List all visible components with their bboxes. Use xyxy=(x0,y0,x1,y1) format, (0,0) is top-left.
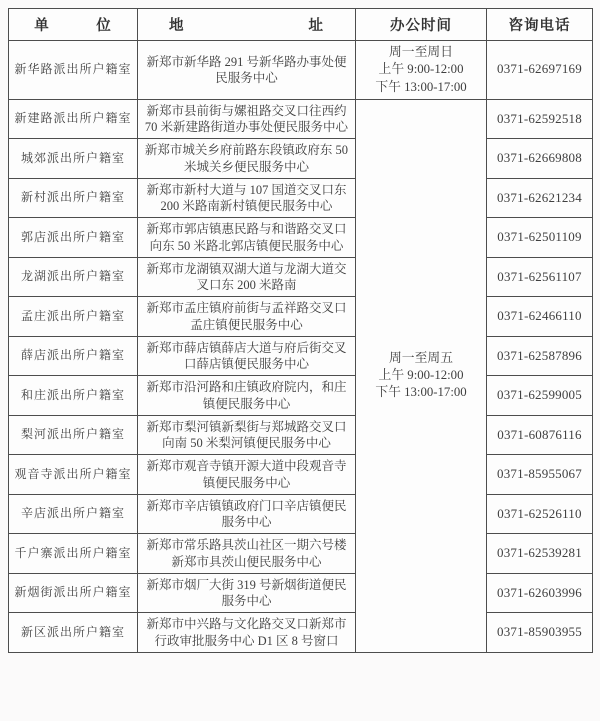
address-cell: 新郑市县前街与嫘祖路交叉口往西约 70 米新建路街道办事处便民服务中心 xyxy=(138,99,356,139)
address-cell: 新郑市烟厂大街 319 号新烟街道便民服务中心 xyxy=(138,573,356,613)
address-cell: 新郑市沿河路和庄镇政府院内，和庄镇便民服务中心 xyxy=(138,376,356,416)
header-phone: 咨询电话 xyxy=(487,9,593,41)
phone-cell: 0371-62501109 xyxy=(487,218,593,258)
address-cell: 新郑市观音寺镇开源大道中段观音寺镇便民服务中心 xyxy=(138,455,356,495)
header-unit: 单 位 xyxy=(9,9,138,41)
unit-cell: 和庄派出所户籍室 xyxy=(9,376,138,416)
table-row: 观音寺派出所户籍室新郑市观音寺镇开源大道中段观音寺镇便民服务中心0371-859… xyxy=(9,455,593,495)
office-hours-line: 上午 9:00-12:00 xyxy=(361,367,481,384)
unit-cell: 新烟街派出所户籍室 xyxy=(9,573,138,613)
address-cell: 新郑市城关乡府前路东段镇政府东 50 米城关乡便民服务中心 xyxy=(138,139,356,179)
address-cell: 新郑市梨河镇新梨街与郑城路交叉口向南 50 米梨河镇便民服务中心 xyxy=(138,415,356,455)
office-hours-line: 下午 13:00-17:00 xyxy=(361,384,481,401)
address-cell: 新郑市中兴路与文化路交叉口新郑市行政审批服务中心 D1 区 8 号窗口 xyxy=(138,613,356,653)
office-hours-line: 周一至周日 xyxy=(361,44,481,61)
address-cell: 新郑市新华路 291 号新华路办事处便民服务中心 xyxy=(138,41,356,100)
phone-cell: 0371-62697169 xyxy=(487,41,593,100)
header-address: 地 址 xyxy=(138,9,356,41)
table-row: 新华路派出所户籍室新郑市新华路 291 号新华路办事处便民服务中心周一至周日上午… xyxy=(9,41,593,100)
phone-cell: 0371-62669808 xyxy=(487,139,593,179)
address-cell: 新郑市薛店镇薛店大道与府后街交叉口薛店镇便民服务中心 xyxy=(138,336,356,376)
phone-cell: 0371-85903955 xyxy=(487,613,593,653)
unit-cell: 观音寺派出所户籍室 xyxy=(9,455,138,495)
unit-cell: 梨河派出所户籍室 xyxy=(9,415,138,455)
phone-cell: 0371-62526110 xyxy=(487,494,593,534)
address-cell: 新郑市新村大道与 107 国道交叉口东 200 米路南新村镇便民服务中心 xyxy=(138,178,356,218)
address-cell: 新郑市辛店镇镇政府门口辛店镇便民服务中心 xyxy=(138,494,356,534)
header-row: 单 位 地 址 办公时间 咨询电话 xyxy=(9,9,593,41)
table-row: 薛店派出所户籍室新郑市薛店镇薛店大道与府后街交叉口薛店镇便民服务中心0371-6… xyxy=(9,336,593,376)
address-cell: 新郑市孟庄镇府前街与孟祥路交叉口孟庄镇便民服务中心 xyxy=(138,297,356,337)
document-sheet: 单 位 地 址 办公时间 咨询电话 新华路派出所户籍室新郑市新华路 291 号新… xyxy=(0,0,600,721)
unit-cell: 孟庄派出所户籍室 xyxy=(9,297,138,337)
phone-cell: 0371-62587896 xyxy=(487,336,593,376)
table-row: 郭店派出所户籍室新郑市郭店镇惠民路与和谐路交叉口向东 50 米路北郭店镇便民服务… xyxy=(9,218,593,258)
table-row: 新区派出所户籍室新郑市中兴路与文化路交叉口新郑市行政审批服务中心 D1 区 8 … xyxy=(9,613,593,653)
unit-cell: 新华路派出所户籍室 xyxy=(9,41,138,100)
table-body: 新华路派出所户籍室新郑市新华路 291 号新华路办事处便民服务中心周一至周日上午… xyxy=(9,41,593,653)
unit-cell: 新村派出所户籍室 xyxy=(9,178,138,218)
table-row: 新烟街派出所户籍室新郑市烟厂大街 319 号新烟街道便民服务中心0371-626… xyxy=(9,573,593,613)
unit-cell: 郭店派出所户籍室 xyxy=(9,218,138,258)
unit-cell: 千户寨派出所户籍室 xyxy=(9,534,138,574)
phone-cell: 0371-62561107 xyxy=(487,257,593,297)
table-row: 龙湖派出所户籍室新郑市龙湖镇双湖大道与龙湖大道交叉口东 200 米路南0371-… xyxy=(9,257,593,297)
unit-cell: 新区派出所户籍室 xyxy=(9,613,138,653)
phone-cell: 0371-62603996 xyxy=(487,573,593,613)
office-hours-cell: 周一至周日上午 9:00-12:00下午 13:00-17:00 xyxy=(356,41,487,100)
unit-cell: 辛店派出所户籍室 xyxy=(9,494,138,534)
address-cell: 新郑市常乐路具茨山社区一期六号楼新郑市具茨山便民服务中心 xyxy=(138,534,356,574)
phone-cell: 0371-60876116 xyxy=(487,415,593,455)
office-hours-line: 上午 9:00-12:00 xyxy=(361,61,481,78)
household-registration-contact-table: 单 位 地 址 办公时间 咨询电话 新华路派出所户籍室新郑市新华路 291 号新… xyxy=(8,8,593,653)
office-hours-line: 周一至周五 xyxy=(361,350,481,367)
table-row: 和庄派出所户籍室新郑市沿河路和庄镇政府院内，和庄镇便民服务中心0371-6259… xyxy=(9,376,593,416)
table-row: 千户寨派出所户籍室新郑市常乐路具茨山社区一期六号楼新郑市具茨山便民服务中心037… xyxy=(9,534,593,574)
unit-cell: 新建路派出所户籍室 xyxy=(9,99,138,139)
unit-cell: 城郊派出所户籍室 xyxy=(9,139,138,179)
unit-cell: 薛店派出所户籍室 xyxy=(9,336,138,376)
phone-cell: 0371-85955067 xyxy=(487,455,593,495)
unit-cell: 龙湖派出所户籍室 xyxy=(9,257,138,297)
phone-cell: 0371-62621234 xyxy=(487,178,593,218)
table-row: 辛店派出所户籍室新郑市辛店镇镇政府门口辛店镇便民服务中心0371-6252611… xyxy=(9,494,593,534)
phone-cell: 0371-62599005 xyxy=(487,376,593,416)
table-row: 新建路派出所户籍室新郑市县前街与嫘祖路交叉口往西约 70 米新建路街道办事处便民… xyxy=(9,99,593,139)
office-hours-cell: 周一至周五上午 9:00-12:00下午 13:00-17:00 xyxy=(356,99,487,652)
table-row: 城郊派出所户籍室新郑市城关乡府前路东段镇政府东 50 米城关乡便民服务中心037… xyxy=(9,139,593,179)
table-row: 新村派出所户籍室新郑市新村大道与 107 国道交叉口东 200 米路南新村镇便民… xyxy=(9,178,593,218)
table-row: 孟庄派出所户籍室新郑市孟庄镇府前街与孟祥路交叉口孟庄镇便民服务中心0371-62… xyxy=(9,297,593,337)
phone-cell: 0371-62592518 xyxy=(487,99,593,139)
header-office-hours: 办公时间 xyxy=(356,9,487,41)
office-hours-line: 下午 13:00-17:00 xyxy=(361,79,481,96)
address-cell: 新郑市郭店镇惠民路与和谐路交叉口向东 50 米路北郭店镇便民服务中心 xyxy=(138,218,356,258)
phone-cell: 0371-62466110 xyxy=(487,297,593,337)
address-cell: 新郑市龙湖镇双湖大道与龙湖大道交叉口东 200 米路南 xyxy=(138,257,356,297)
phone-cell: 0371-62539281 xyxy=(487,534,593,574)
table-row: 梨河派出所户籍室新郑市梨河镇新梨街与郑城路交叉口向南 50 米梨河镇便民服务中心… xyxy=(9,415,593,455)
